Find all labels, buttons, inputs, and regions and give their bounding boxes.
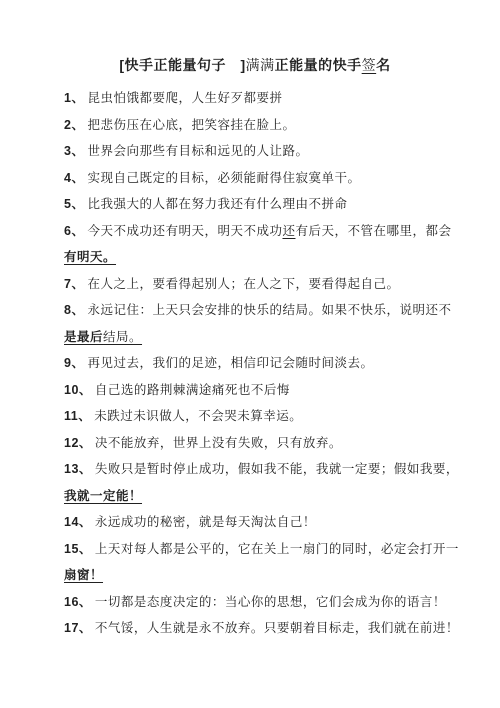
document-page: [快手正能量句子 ]满满正能量的快手签名 1、昆虫怕饿都要爬，人生好歹都要拼2、…	[0, 0, 500, 708]
item-number: 11、	[64, 409, 94, 423]
item4-text: 比我强大的人都在努力我还有什么理由不拼命	[87, 197, 347, 211]
item-number: 8、	[64, 303, 87, 317]
item-number: 5、	[64, 197, 87, 211]
item2-text: 世界会向那些有目标和远见的人让路。	[87, 144, 308, 158]
document-body: [快手正能量句子 ]满满正能量的快手签名 1、昆虫怕饿都要爬，人生好歹都要拼2、…	[0, 0, 500, 642]
item5-text: 今天不成功还有明天，明天不成功	[87, 224, 282, 238]
item-number: 12、	[64, 436, 95, 450]
list-item: 15、上天对每人都是公平的，它在关上一扇门的同时，必定会打开一 扇窗！	[64, 536, 464, 589]
title-text: 满满	[246, 57, 275, 73]
item-number: 3、	[64, 144, 87, 158]
item-number: 6、	[64, 224, 87, 238]
list-item: 10、自己选的路荆棘满途痛死也不后悔	[64, 377, 464, 404]
item14-text: 上天对每人都是公平的，它在关上一扇门的同时，必定会打开一	[95, 542, 459, 556]
item12-emphasized-link-text[interactable]: 我就一定能！	[64, 489, 142, 503]
title-text: 正能量的快手	[275, 57, 362, 73]
item12-text: 失败只是暂时停止成功，假如我不能，我就一定要；假如我要，	[95, 462, 459, 476]
item-number: 15、	[64, 542, 95, 556]
list-item: 7、在人之上，要看得起别人；在人之下，要看得起自己。	[64, 271, 464, 298]
list-item: 8、永远记住：上天只会安排的快乐的结局。如果不快乐，说明还不 是最后结局。	[64, 297, 464, 350]
list-item: 12、决不能放弃，世界上没有失败，只有放弃。	[64, 430, 464, 457]
list-item: 6、今天不成功还有明天，明天不成功还有后天，不管在哪里，都会 有明天。	[64, 218, 464, 271]
title-text: 名	[376, 57, 391, 73]
item15-text: 一切都是态度决定的：当心你的思想，它们会成为你的语言！	[95, 595, 446, 609]
list-item: 2、把悲伤压在心底，把笑容挂在脸上。	[64, 112, 464, 139]
item0-text: 昆虫怕饿都要爬，人生好歹都要拼	[87, 91, 282, 105]
list-item: 17、不气馁，人生就是永不放弃。只要朝着目标走，我们就在前进！	[64, 615, 464, 642]
item10-text: 未跌过未识做人，不会哭未算幸运。	[94, 409, 302, 423]
item7-link-text[interactable]: 结局。	[103, 330, 142, 344]
item-number: 9、	[64, 356, 87, 370]
title-link-text[interactable]: 签	[362, 57, 377, 73]
item14-emphasized-link-text[interactable]: 扇窗！	[64, 568, 103, 582]
quote-list: 1、昆虫怕饿都要爬，人生好歹都要拼2、把悲伤压在心底，把笑容挂在脸上。3、世界会…	[64, 85, 464, 642]
title-text: [快手正能量句子 ]	[119, 57, 245, 73]
list-item: 13、失败只是暂时停止成功，假如我不能，我就一定要；假如我要， 我就一定能！	[64, 456, 464, 509]
list-item: 4、实现自己既定的目标，必须能耐得住寂寞单干。	[64, 165, 464, 192]
item3-text: 实现自己既定的目标，必须能耐得住寂寞单干。	[87, 171, 360, 185]
item7-text: 永远记住：上天只会安排的快乐的结局。如果不快乐，说明还不	[87, 303, 451, 317]
item7-emphasized-link-text[interactable]: 是最后	[64, 330, 103, 344]
item-number: 10、	[64, 383, 95, 397]
item13-text: 永远成功的秘密，就是每天淘汰自己！	[95, 515, 316, 529]
item5-text: 有后天，不管在哪里，都会	[295, 224, 451, 238]
item5-emphasized-link-text[interactable]: 有明天。	[64, 250, 116, 264]
list-item: 5、比我强大的人都在努力我还有什么理由不拼命	[64, 191, 464, 218]
list-item: 11、未跌过未识做人，不会哭未算幸运。	[64, 403, 464, 430]
item-number: 16、	[64, 595, 95, 609]
list-item: 1、昆虫怕饿都要爬，人生好歹都要拼	[64, 85, 464, 112]
item-number: 17、	[64, 621, 95, 635]
item-number: 14、	[64, 515, 95, 529]
item-number: 4、	[64, 171, 87, 185]
item11-text: 决不能放弃，世界上没有失败，只有放弃。	[95, 436, 342, 450]
item-number: 13、	[64, 462, 95, 476]
list-item: 9、再见过去，我们的足迹，相信印记会随时间淡去。	[64, 350, 464, 377]
item-number: 2、	[64, 118, 87, 132]
item-number: 7、	[64, 277, 87, 291]
list-item: 14、永远成功的秘密，就是每天淘汰自己！	[64, 509, 464, 536]
item-number: 1、	[64, 91, 87, 105]
list-item: 16、一切都是态度决定的：当心你的思想，它们会成为你的语言！	[64, 589, 464, 616]
item5-link-text[interactable]: 还	[282, 224, 295, 238]
item16-text: 不气馁，人生就是永不放弃。只要朝着目标走，我们就在前进！	[95, 621, 459, 635]
item8-text: 再见过去，我们的足迹，相信印记会随时间淡去。	[87, 356, 373, 370]
page-title: [快手正能量句子 ]满满正能量的快手签名	[46, 54, 464, 76]
list-item: 3、世界会向那些有目标和远见的人让路。	[64, 138, 464, 165]
item9-text: 自己选的路荆棘满途痛死也不后悔	[95, 383, 290, 397]
item6-text: 在人之上，要看得起别人；在人之下，要看得起自己。	[87, 277, 399, 291]
item1-text: 把悲伤压在心底，把笑容挂在脸上。	[87, 118, 295, 132]
